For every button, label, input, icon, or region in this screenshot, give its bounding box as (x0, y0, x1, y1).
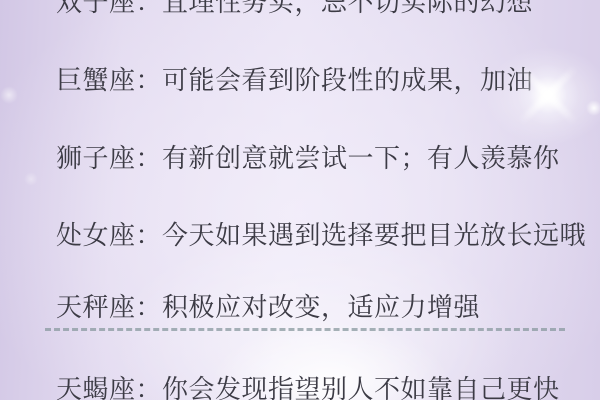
horoscope-line-scorpio: 天蝎座：你会发现指望别人不如靠自己更快 (56, 376, 560, 400)
zodiac-sign-label: 狮子座 (56, 143, 136, 173)
sparkle-star-icon (516, 63, 580, 127)
zodiac-sign-label: 巨蟹座 (56, 65, 136, 95)
horoscope-line-libra: 天秤座：积极应对改变，适应力增强 (56, 294, 480, 320)
fortune-text: 你会发现指望别人不如靠自己更快 (162, 374, 560, 400)
colon-separator: ： (136, 0, 163, 17)
horoscope-line-virgo: 处女座：今天如果遇到选择要把目光放长远哦 (56, 222, 586, 248)
fortune-text: 宜理性务实，忌不切实际的幻想 (162, 0, 533, 17)
zodiac-sign-label: 天蝎座 (56, 374, 136, 400)
horoscope-image-frame: 双子座：宜理性务实，忌不切实际的幻想 巨蟹座：可能会看到阶段性的成果，加油 狮子… (0, 0, 600, 400)
fortune-text: 有新创意就尝试一下；有人羡慕你 (162, 143, 560, 173)
horoscope-line-cancer: 巨蟹座：可能会看到阶段性的成果，加油 (56, 67, 533, 93)
horoscope-line-gemini: 双子座：宜理性务实，忌不切实际的幻想 (56, 0, 533, 15)
colon-separator: ： (136, 143, 163, 173)
colon-separator: ： (136, 220, 163, 250)
horoscope-line-leo: 狮子座：有新创意就尝试一下；有人羡慕你 (56, 145, 560, 171)
zodiac-sign-label: 处女座 (56, 220, 136, 250)
glow-dot-icon (0, 86, 18, 104)
glow-dot-icon (24, 172, 38, 186)
zodiac-sign-label: 双子座 (56, 0, 136, 17)
glow-dot-icon (586, 100, 600, 116)
fortune-text: 积极应对改变，适应力增强 (162, 292, 480, 322)
colon-separator: ： (136, 65, 163, 95)
fortune-text: 可能会看到阶段性的成果，加油 (162, 65, 533, 95)
colon-separator: ： (136, 292, 163, 322)
zodiac-sign-label: 天秤座 (56, 292, 136, 322)
libra-dashed-underline (45, 328, 565, 331)
colon-separator: ： (136, 374, 163, 400)
fortune-text: 今天如果遇到选择要把目光放长远哦 (162, 220, 586, 250)
